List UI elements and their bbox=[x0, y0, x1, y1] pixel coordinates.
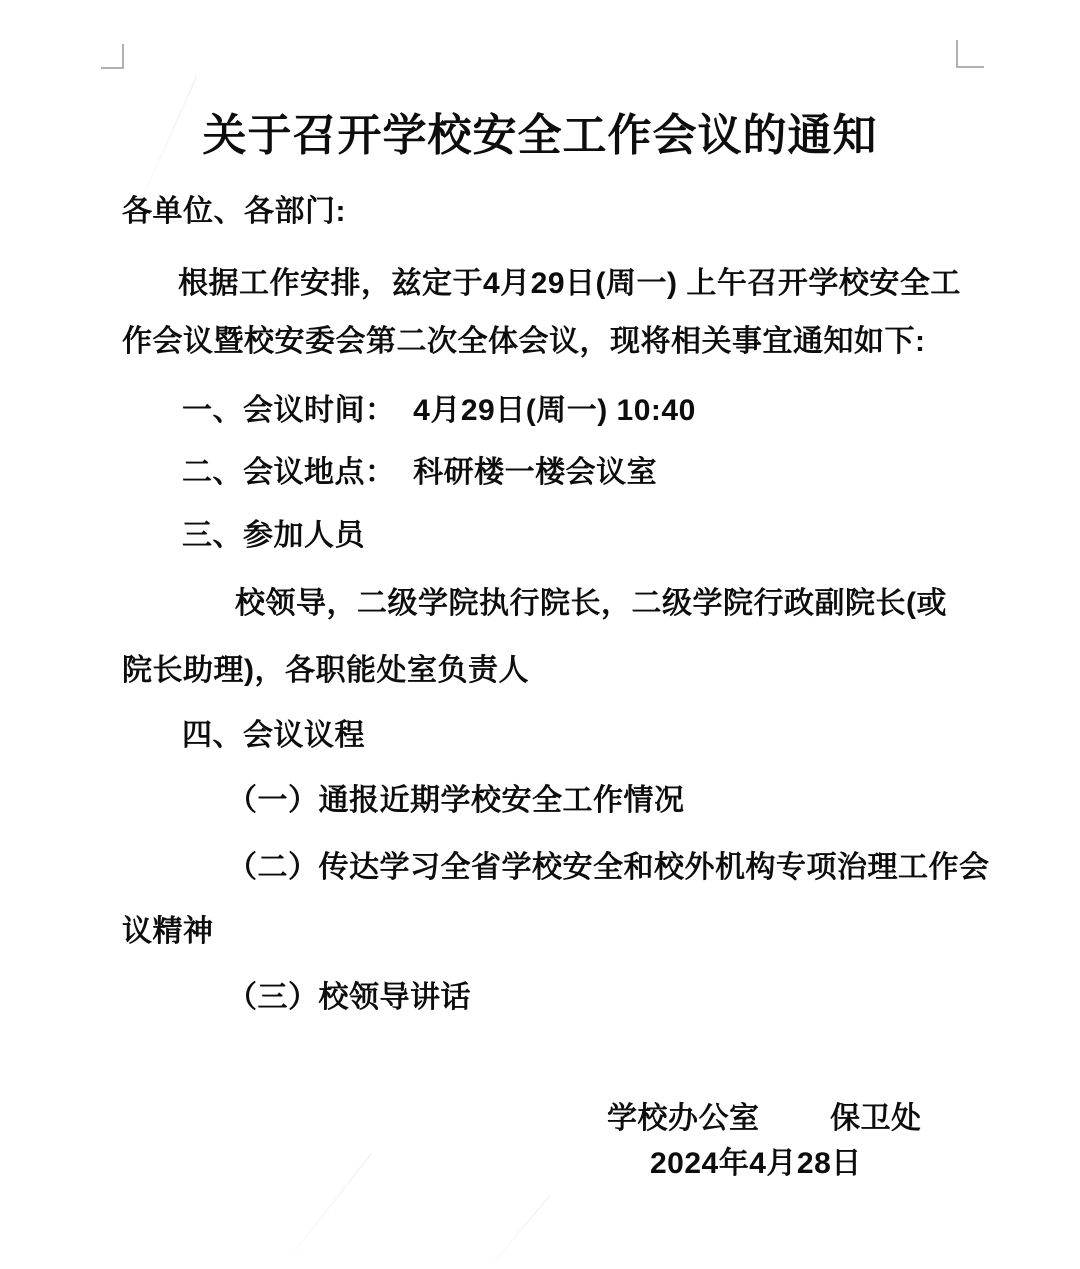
scan-artifact bbox=[491, 1195, 550, 1265]
scan-artifact bbox=[290, 1153, 372, 1257]
attendees-heading: 三、参加人员 bbox=[182, 520, 365, 552]
attendees-line-2: 院长助理)，各职能处室负责人 bbox=[122, 655, 529, 687]
scanned-notice-page: 关于召开学校安全工作会议的通知 各单位、各部门: 根据工作安排，兹定于4月29日… bbox=[0, 0, 1080, 1269]
salutation-line: 各单位、各部门: bbox=[122, 196, 346, 228]
meeting-place-item: 二、会议地点： 科研楼一楼会议室 bbox=[182, 457, 657, 489]
intro-line-1: 根据工作安排，兹定于4月29日(周一) 上午召开学校安全工 bbox=[178, 268, 961, 300]
agenda-item-1: （一）通报近期学校安全工作情况 bbox=[227, 785, 685, 817]
meeting-time-item: 一、会议时间： 4月29日(周一) 10:40 bbox=[182, 395, 696, 427]
agenda-heading: 四、会议议程 bbox=[182, 720, 365, 752]
signature-date: 2024年4月28日 bbox=[650, 1148, 862, 1180]
agenda-item-2-line-1: （二）传达学习全省学校安全和校外机构专项治理工作会 bbox=[227, 852, 990, 884]
agenda-item-3: （三）校领导讲话 bbox=[227, 982, 471, 1014]
signature-departments: 学校办公室 保卫处 bbox=[607, 1103, 922, 1135]
notice-title: 关于召开学校安全工作会议的通知 bbox=[0, 99, 1080, 163]
attendees-line-1: 校领导，二级学院执行院长，二级学院行政副院长(或 bbox=[235, 588, 947, 620]
intro-line-2: 作会议暨校安委会第二次全体会议，现将相关事宜通知如下: bbox=[122, 326, 926, 358]
text-boundary-mark-right bbox=[956, 40, 984, 68]
text-boundary-mark-left bbox=[101, 44, 124, 69]
agenda-item-2-line-2: 议精神 bbox=[122, 916, 214, 948]
